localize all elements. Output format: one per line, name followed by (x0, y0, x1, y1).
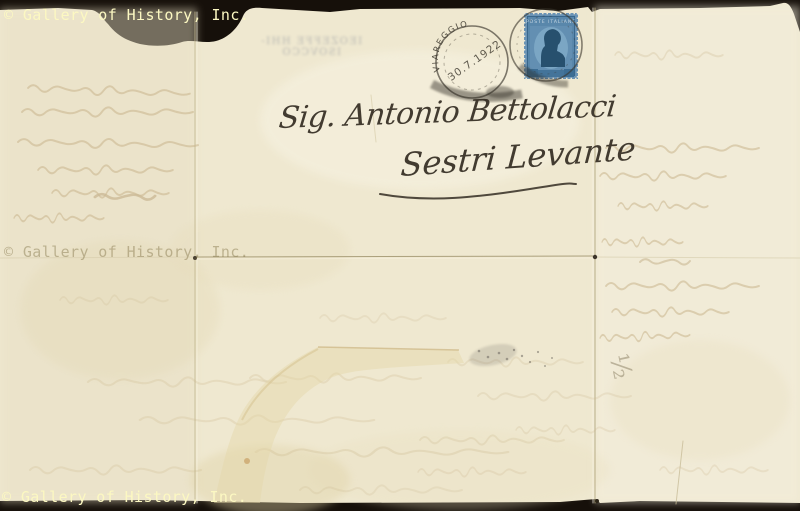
edge-notch (595, 499, 599, 503)
watermark-top: © Gallery of History, Inc. (4, 6, 249, 24)
watermark-middle: © Gallery of History, Inc. (4, 243, 249, 261)
watermark-bottom: © Gallery of History, Inc. (2, 488, 247, 506)
letterhead-showthrough: IEOZEFFE HHI-ISOVCCO (230, 36, 392, 58)
stain-spot (244, 458, 250, 464)
crease-intersection-dot (593, 255, 597, 259)
scanned-envelope-photo: POSTE ITALIANE VIAREGGIO 30.7.1922 Sig. … (0, 0, 800, 511)
postage-stamp: POSTE ITALIANE (524, 13, 578, 79)
stamp-country-label: POSTE ITALIANE (526, 19, 576, 25)
mottle-spot (610, 340, 790, 460)
